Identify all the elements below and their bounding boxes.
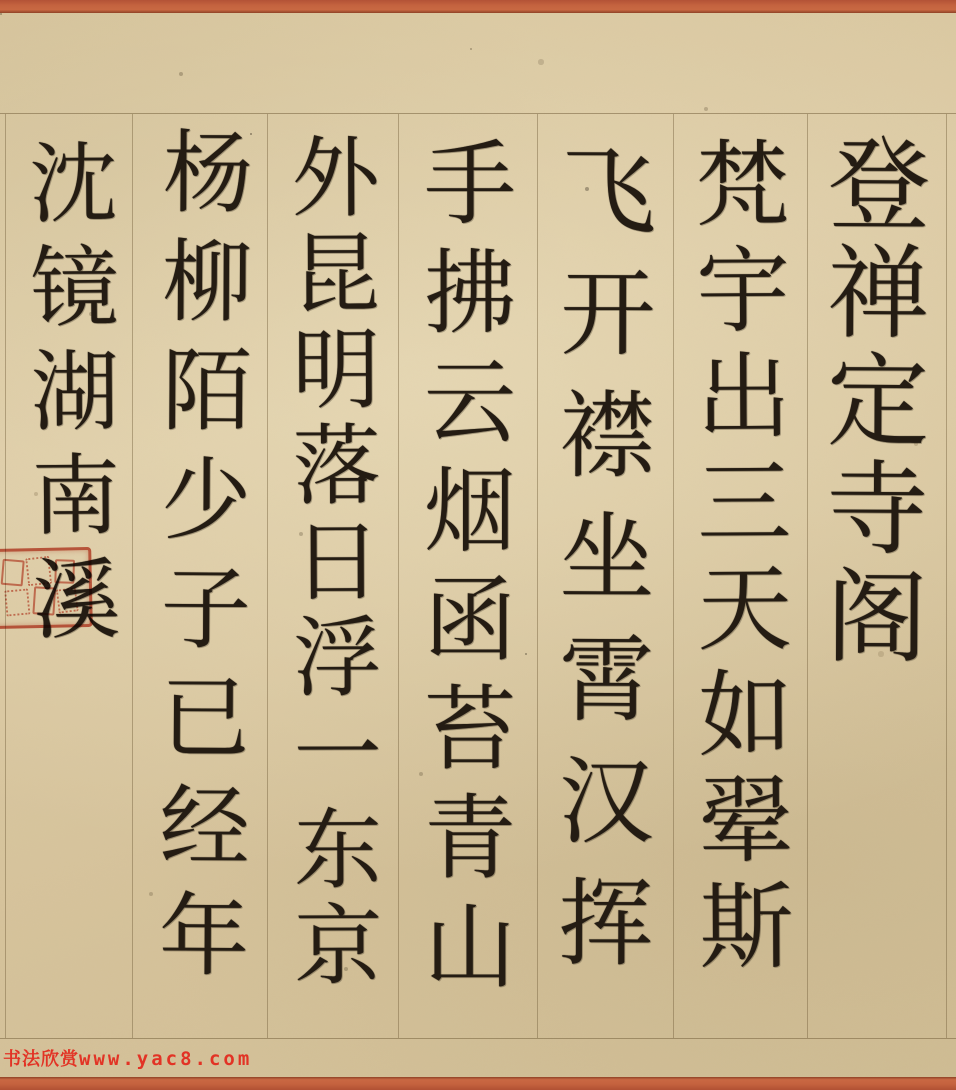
- calligraphy-column-3: 飞开襟坐霄汉挥: [550, 141, 648, 995]
- seal-pattern: [25, 556, 52, 586]
- column-rule-7: [807, 114, 808, 1038]
- watermark-site-label: 书法欣赏: [3, 1049, 79, 1070]
- calligraphy-column-2: 梵宇出三天如翚斯: [686, 135, 784, 983]
- column-rule-5: [537, 114, 538, 1038]
- calligraphy-scroll-photo: 登禅定寺阁 梵宇出三天如翚斯 飞开襟坐霄汉挥 手拂云烟函苔青山 外昆明落日浮一东…: [0, 0, 956, 1090]
- ruled-line-top: [0, 113, 956, 114]
- calligraphy-column-5: 外昆明落日浮一东京: [284, 131, 375, 995]
- paper-fox-spots: [0, 13, 2, 15]
- ruled-line-bottom: [0, 1038, 956, 1039]
- column-rule-3: [267, 114, 268, 1038]
- calligraphy-column-4: 手拂云烟函苔青山: [416, 135, 508, 1007]
- calligraphy-column-1-title: 登禅定寺阁: [817, 131, 922, 672]
- seal-pattern: [54, 559, 75, 584]
- site-watermark: 书法欣赏www.yac8.com: [3, 1045, 252, 1071]
- seal-stamp: [0, 547, 93, 629]
- seal-pattern: [32, 586, 56, 615]
- seal-pattern: [1, 559, 25, 587]
- column-rule-8: [946, 114, 947, 1038]
- seal-pattern: [4, 588, 30, 616]
- mount-border-bottom: [0, 1077, 956, 1090]
- calligraphy-column-6: 杨柳陌少子已经年: [150, 125, 245, 997]
- paper-sheet: 登禅定寺阁 梵宇出三天如翚斯 飞开襟坐霄汉挥 手拂云烟函苔青山 外昆明落日浮一东…: [0, 13, 956, 1077]
- column-rule-4: [398, 114, 399, 1038]
- seal-pattern: [56, 587, 79, 613]
- column-rule-2: [132, 114, 133, 1038]
- mount-border-top: [0, 0, 956, 13]
- column-rule-6: [673, 114, 674, 1038]
- watermark-url: www.yac8.com: [79, 1048, 252, 1070]
